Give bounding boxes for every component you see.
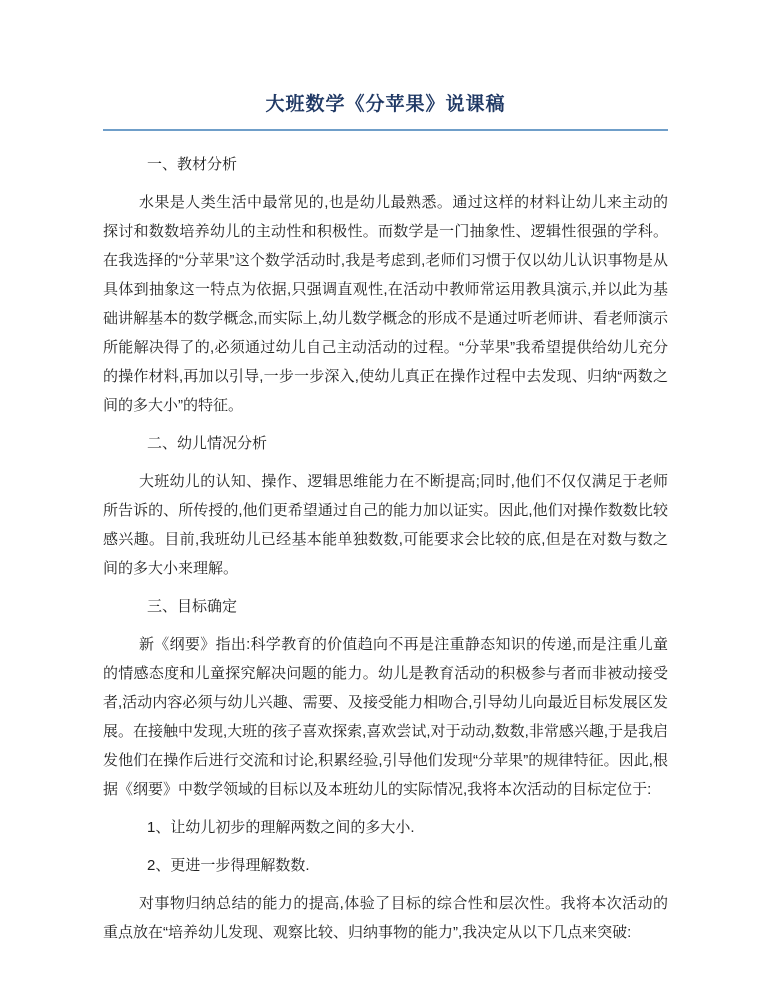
goal-item-2: 2、更进一步得理解数数.: [103, 851, 668, 880]
section-heading-material-analysis: 一、教材分析: [103, 150, 668, 179]
paragraph-goal-summary: 对事物归纳总结的能力的提高,体验了目标的综合性和层次性。我将本次活动的重点放在“…: [103, 889, 668, 947]
section-heading-children-analysis: 二、幼儿情况分析: [103, 429, 668, 458]
section-heading-goal-determination: 三、目标确定: [103, 592, 668, 621]
paragraph-material-analysis: 水果是人类生活中最常见的,也是幼儿最熟悉。通过这样的材料让幼儿来主动的探讨和数数…: [103, 188, 668, 420]
document-title: 大班数学《分苹果》说课稿: [103, 92, 668, 118]
paragraph-children-analysis: 大班幼儿的认知、操作、逻辑思维能力在不断提高;同时,他们不仅仅满足于老师所告诉的…: [103, 467, 668, 583]
title-divider: [103, 129, 668, 131]
paragraph-goal-determination: 新《纲要》指出:科学教育的价值趋向不再是注重静态知识的传递,而是注重儿童的情感态…: [103, 630, 668, 804]
goal-item-1: 1、让幼儿初步的理解两数之间的多大小.: [103, 813, 668, 842]
document-body: 一、教材分析 水果是人类生活中最常见的,也是幼儿最熟悉。通过这样的材料让幼儿来主…: [103, 150, 668, 947]
document-page: 大班数学《分苹果》说课稿 一、教材分析 水果是人类生活中最常见的,也是幼儿最熟悉…: [0, 0, 770, 1000]
